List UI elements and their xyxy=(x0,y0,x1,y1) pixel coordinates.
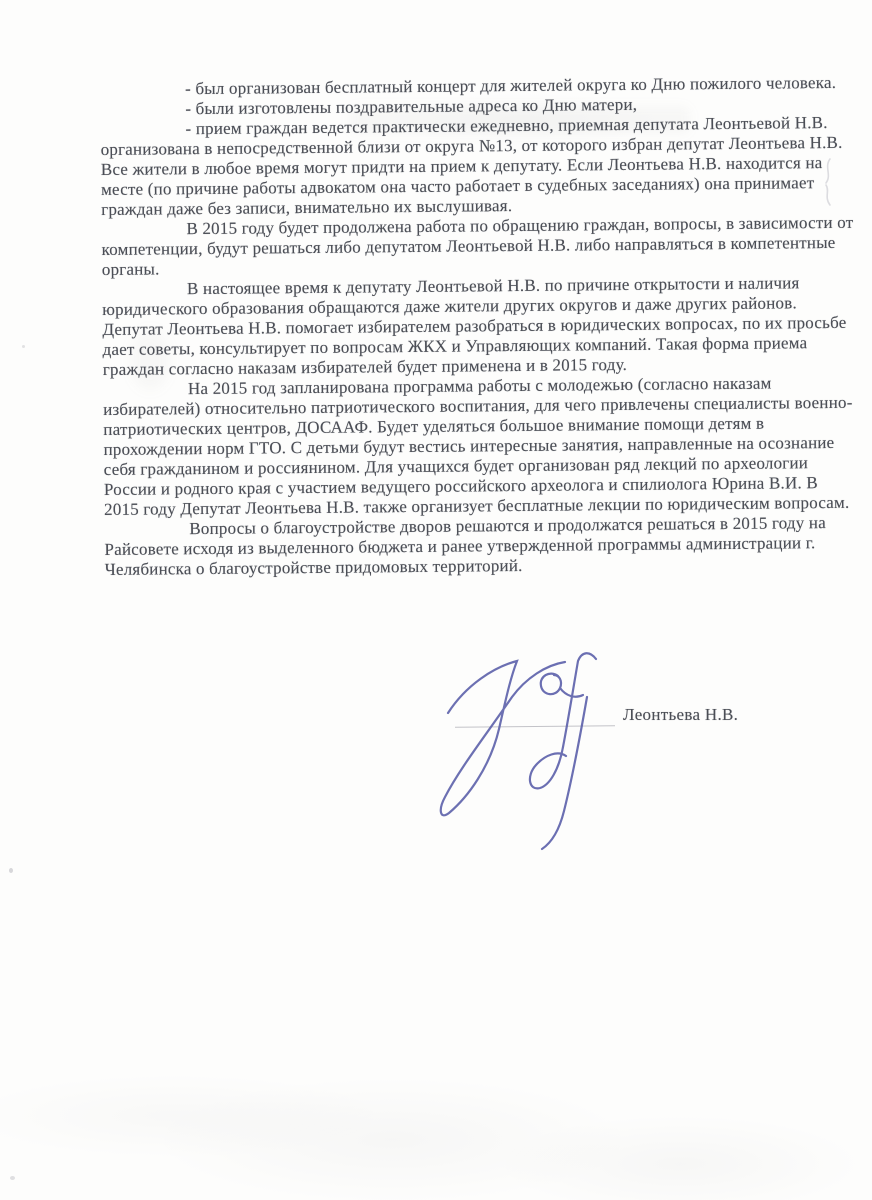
signatory-name: Леонтьева Н.В. xyxy=(623,705,738,725)
scan-artifact-speck xyxy=(9,868,13,873)
scan-artifact-speck xyxy=(10,1176,15,1180)
scanned-document-page: - был организован бесплатный концерт для… xyxy=(0,0,872,1200)
paragraph: В 2015 году будет продолжена работа по о… xyxy=(101,213,854,280)
handwritten-signature-icon xyxy=(420,645,710,860)
paragraph: В настоящее время к депутату Леонтьевой … xyxy=(102,273,855,380)
scan-artifact-speck xyxy=(22,345,25,348)
document-text: - был организован бесплатный концерт для… xyxy=(100,73,857,580)
paragraph: - прием граждан ведется практически ежед… xyxy=(100,113,853,220)
paragraph: На 2015 год запланирована программа рабо… xyxy=(103,373,856,520)
paragraph: Вопросы о благоустройстве дворов решаютс… xyxy=(104,513,857,580)
signature-block: Леонтьева Н.В. xyxy=(420,645,750,860)
